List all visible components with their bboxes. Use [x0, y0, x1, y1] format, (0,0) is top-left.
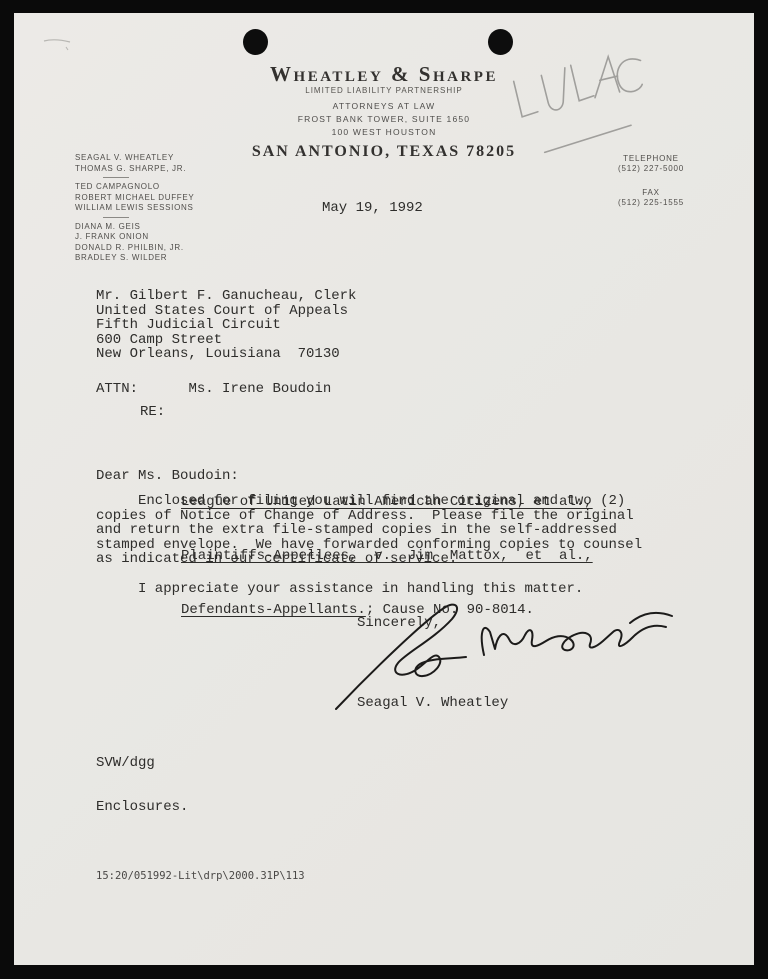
salutation: Dear Ms. Boudoin:: [96, 469, 239, 484]
attorney-name: J. FRANK ONION: [75, 232, 194, 243]
typist-initials: SVW/dgg: [96, 756, 188, 771]
attorney-name: BRADLEY S. WILDER: [75, 253, 194, 264]
contact-block: TELEPHONE (512) 227-5000 FAX (512) 225-1…: [596, 154, 706, 222]
re-label: RE:: [140, 403, 165, 421]
body-paragraph-2: I appreciate your assistance in handling…: [96, 582, 583, 597]
attorney-name: TED CAMPAGNOLO: [75, 182, 194, 193]
reference-block: SVW/dgg Enclosures.: [96, 727, 188, 844]
attorney-name: DIANA M. GEIS: [75, 222, 194, 233]
attorney-name: DONALD R. PHILBIN, JR.: [75, 243, 194, 254]
telephone-label: TELEPHONE: [596, 154, 706, 164]
signer-typed-name: Seagal V. Wheatley: [357, 696, 508, 711]
telephone-number: (512) 227-5000: [596, 164, 706, 174]
attorney-name: ROBERT MICHAEL DUFFEY: [75, 193, 194, 204]
recipient-address: Mr. Gilbert F. Ganucheau, Clerk United S…: [96, 289, 356, 362]
attorney-roster: SEAGAL V. WHEATLEY THOMAS G. SHARPE, JR.…: [75, 153, 194, 264]
attn-label: ATTN:: [96, 381, 138, 397]
fax-label: FAX: [596, 188, 706, 198]
pencil-scuff-mark: [42, 37, 72, 51]
attn-name: Ms. Irene Boudoin: [188, 381, 331, 397]
fax-number: (512) 225-1555: [596, 198, 706, 208]
attorney-name: THOMAS G. SHARPE, JR.: [75, 164, 194, 175]
letter-page: Wheatley & Sharpe LIMITED LIABILITY PART…: [14, 13, 754, 965]
attorney-name: WILLIAM LEWIS SESSIONS: [75, 203, 194, 214]
attn-line: ATTN: Ms. Irene Boudoin: [96, 382, 331, 397]
hole-punch-left: [243, 29, 268, 55]
letterhead-address-1: FROST BANK TOWER, SUITE 1650: [14, 113, 754, 126]
profession-line: ATTORNEYS AT LAW: [14, 100, 754, 113]
firm-type: LIMITED LIABILITY PARTNERSHIP: [14, 86, 754, 96]
firm-name: Wheatley & Sharpe: [14, 63, 754, 85]
document-control-code: 15:20/051992-Lit\drp\2000.31P\113: [96, 870, 305, 882]
body-paragraph-1: Enclosed for filing you will find the or…: [96, 494, 642, 567]
enclosures-note: Enclosures.: [96, 800, 188, 815]
letterhead: Wheatley & Sharpe LIMITED LIABILITY PART…: [14, 63, 754, 162]
letter-date: May 19, 1992: [322, 201, 423, 216]
attorney-group-divider: [103, 177, 129, 178]
attorney-name: SEAGAL V. WHEATLEY: [75, 153, 194, 164]
letterhead-address-2: 100 WEST HOUSTON: [14, 126, 754, 139]
attorney-group-divider: [103, 217, 129, 218]
hole-punch-right: [488, 29, 513, 55]
